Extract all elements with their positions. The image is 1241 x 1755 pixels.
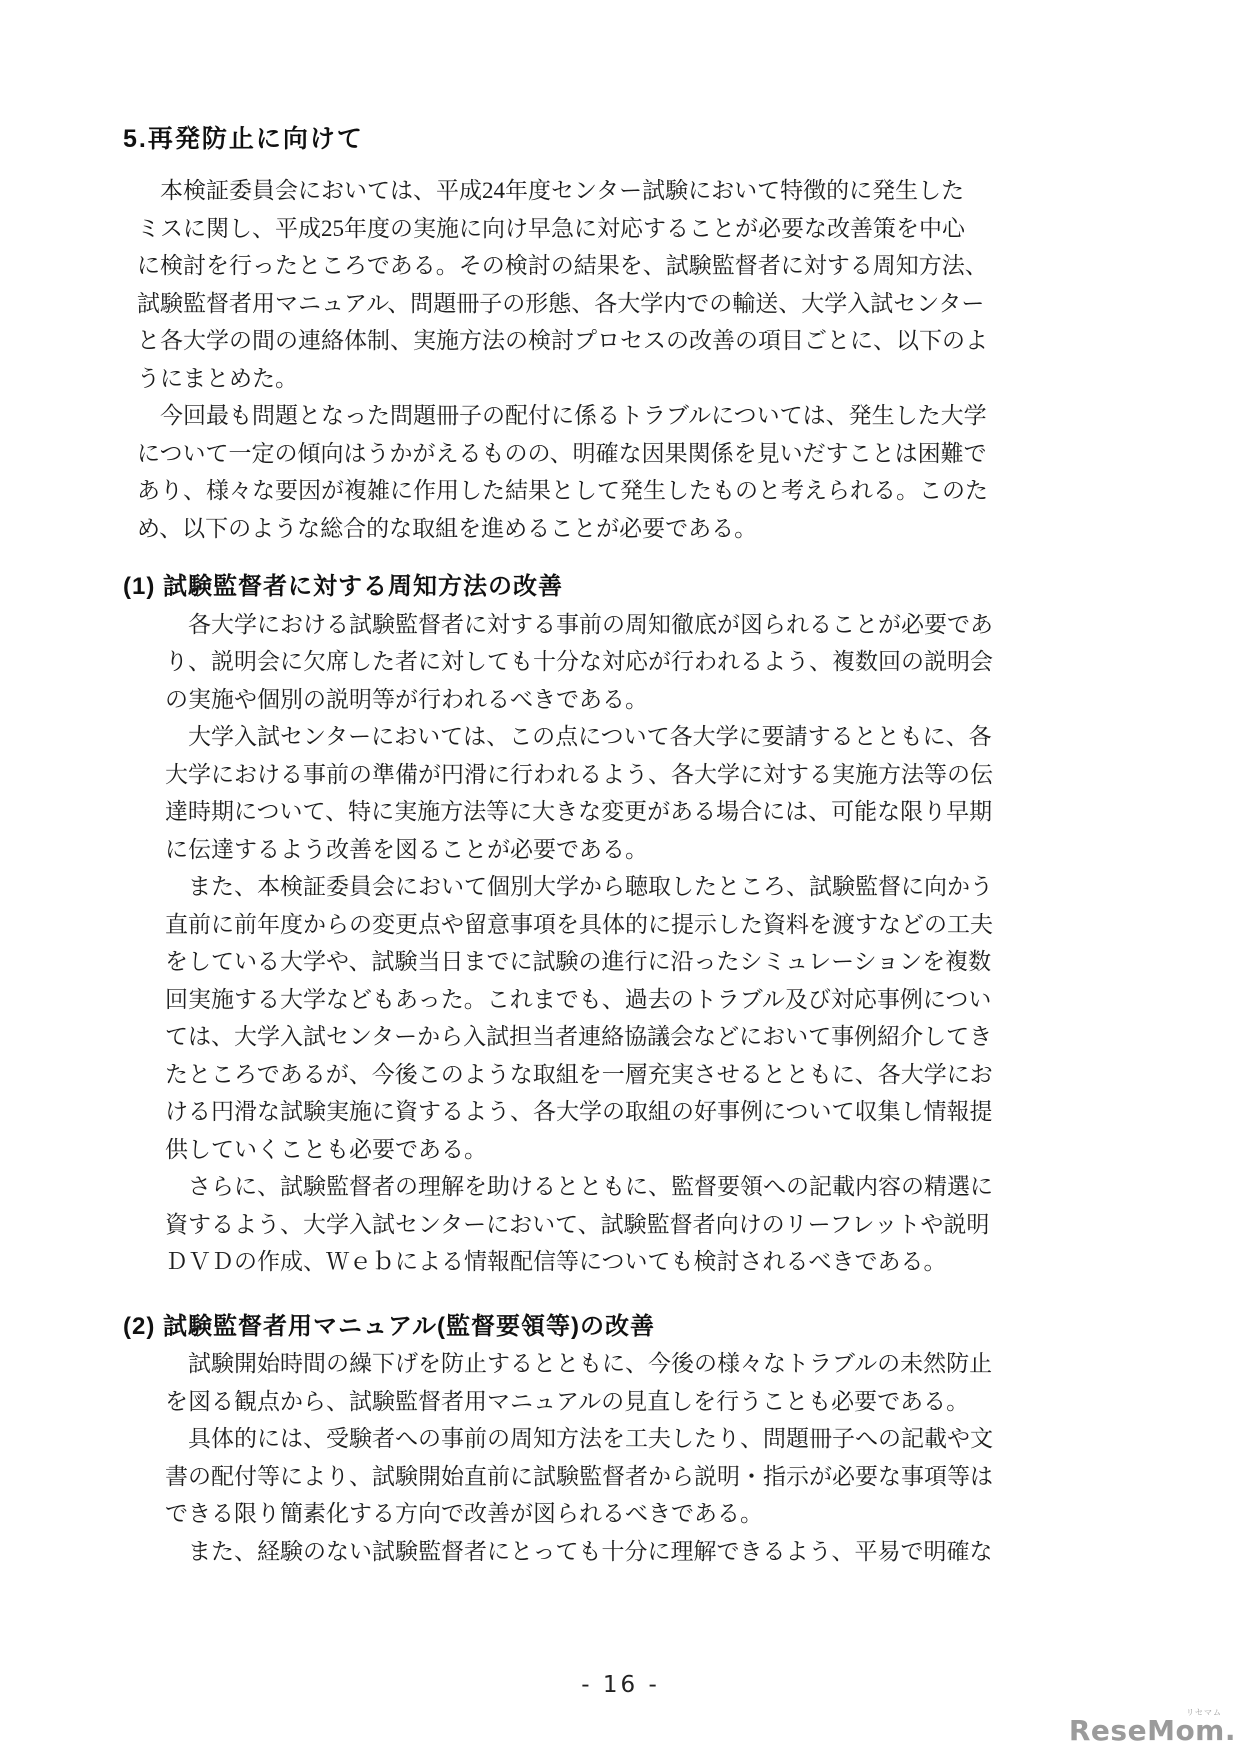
subsection-1-body: 各大学における試験監督者に対する事前の周知徹底が図られることが必要であり、説明会… [165, 606, 1043, 1281]
text-line: り、説明会に欠席した者に対しても十分な対応が行われるよう、複数回の説明会 [165, 643, 1043, 681]
subsection-2-paragraph-3: また、経験のない試験監督者にとっても十分に理解できるよう、平易で明確な [165, 1533, 1043, 1571]
text-line: 今回最も問題となった問題冊子の配付に係るトラブルについては、発生した大学 [137, 397, 1043, 435]
text-line: 試験開始時間の繰下げを防止するとともに、今後の様々なトラブルの未然防止 [165, 1345, 1043, 1383]
text-line: たところであるが、今後このような取組を一層充実させるとともに、各大学にお [165, 1056, 1043, 1094]
text-line: に検討を行ったところである。その検討の結果を、試験監督者に対する周知方法、 [137, 247, 1043, 285]
subsection-2: (2) 試験監督者用マニュアル(監督要領等)の改善 試験開始時間の繰下げを防止す… [123, 1308, 1043, 1571]
text-line: 大学入試センターにおいては、この点について各大学に要請するとともに、各 [165, 718, 1043, 756]
text-line: さらに、試験監督者の理解を助けるとともに、監督要領への記載内容の精選に [165, 1168, 1043, 1206]
subsection-1-paragraph-1: 各大学における試験監督者に対する事前の周知徹底が図られることが必要であり、説明会… [165, 606, 1043, 719]
text-line: また、経験のない試験監督者にとっても十分に理解できるよう、平易で明確な [165, 1533, 1043, 1571]
text-line: 直前に前年度からの変更点や留意事項を具体的に提示した資料を渡すなどの工夫 [165, 906, 1043, 944]
text-line: 試験監督者用マニュアル、問題冊子の形態、各大学内での輸送、大学入試センター [137, 285, 1043, 323]
intro-paragraph-1: 本検証委員会においては、平成24年度センター試験において特徴的に発生したミスに関… [137, 172, 1043, 397]
text-line: あり、様々な要因が複雑に作用した結果として発生したものと考えられる。このた [137, 472, 1043, 510]
text-line: 各大学における試験監督者に対する事前の周知徹底が図られることが必要であ [165, 606, 1043, 644]
subsection-1-paragraph-4: さらに、試験監督者の理解を助けるとともに、監督要領への記載内容の精選に資するよう… [165, 1168, 1043, 1281]
intro-paragraph-2: 今回最も問題となった問題冊子の配付に係るトラブルについては、発生した大学について… [137, 397, 1043, 547]
text-line: うにまとめた。 [137, 360, 1043, 398]
resemom-logo-text: ReseMom. [1069, 1714, 1236, 1747]
text-line: 資するよう、大学入試センターにおいて、試験監督者向けのリーフレットや説明 [165, 1206, 1043, 1244]
resemom-watermark: リセマム ReseMom. [1069, 1714, 1236, 1747]
text-line: と各大学の間の連絡体制、実施方法の検討プロセスの改善の項目ごとに、以下のよ [137, 322, 1043, 360]
text-line: をしている大学や、試験当日までに試験の進行に沿ったシミュレーションを複数 [165, 943, 1043, 981]
text-line: め、以下のような総合的な取組を進めることが必要である。 [137, 510, 1043, 548]
subsection-1-paragraph-3: また、本検証委員会において個別大学から聴取したところ、試験監督に向かう直前に前年… [165, 868, 1043, 1168]
text-line: の実施や個別の説明等が行われるべきである。 [165, 681, 1043, 719]
text-line: 具体的には、受験者への事前の周知方法を工夫したり、問題冊子への記載や文 [165, 1420, 1043, 1458]
text-line: ける円滑な試験実施に資するよう、各大学の取組の好事例について収集し情報提 [165, 1093, 1043, 1131]
subsection-2-body: 試験開始時間の繰下げを防止するとともに、今後の様々なトラブルの未然防止を図る観点… [165, 1345, 1043, 1570]
text-line: に伝達するよう改善を図ることが必要である。 [165, 831, 1043, 869]
section-5-heading: 5.再発防止に向けて [123, 124, 1043, 154]
text-line: 達時期について、特に実施方法等に大きな変更がある場合には、可能な限り早期 [165, 793, 1043, 831]
text-line: ＤＶＤの作成、Ｗｅｂによる情報配信等についても検討されるべきである。 [165, 1243, 1043, 1281]
subsection-1-heading: (1) 試験監督者に対する周知方法の改善 [123, 568, 1043, 606]
text-line: 供していくことも必要である。 [165, 1131, 1043, 1169]
text-line: できる限り簡素化する方向で改善が図られるべきである。 [165, 1495, 1043, 1533]
text-line: 書の配付等により、試験開始直前に試験監督者から説明・指示が必要な事項等は [165, 1458, 1043, 1496]
text-line: 大学における事前の準備が円滑に行われるよう、各大学に対する実施方法等の伝 [165, 756, 1043, 794]
subsection-1-paragraph-2: 大学入試センターにおいては、この点について各大学に要請するとともに、各大学におけ… [165, 718, 1043, 868]
text-line: について一定の傾向はうかがえるものの、明確な因果関係を見いだすことは困難で [137, 435, 1043, 473]
page-number: - 16 - [0, 1672, 1241, 1698]
subsection-2-paragraph-2: 具体的には、受験者への事前の周知方法を工夫したり、問題冊子への記載や文書の配付等… [165, 1420, 1043, 1533]
text-line: ミスに関し、平成25年度の実施に向け早急に対応することが必要な改善策を中心 [137, 210, 1043, 248]
subsection-1: (1) 試験監督者に対する周知方法の改善 各大学における試験監督者に対する事前の… [123, 568, 1043, 1281]
text-line: ては、大学入試センターから入試担当者連絡協議会などにおいて事例紹介してき [165, 1018, 1043, 1056]
text-line: 本検証委員会においては、平成24年度センター試験において特徴的に発生した [137, 172, 1043, 210]
document-page: 5.再発防止に向けて 本検証委員会においては、平成24年度センター試験において特… [123, 124, 1043, 1570]
subsection-2-paragraph-1: 試験開始時間の繰下げを防止するとともに、今後の様々なトラブルの未然防止を図る観点… [165, 1345, 1043, 1420]
intro-block: 本検証委員会においては、平成24年度センター試験において特徴的に発生したミスに関… [137, 172, 1043, 547]
watermark-ruby-text: リセマム [1186, 1707, 1222, 1718]
text-line: 回実施する大学などもあった。これまでも、過去のトラブル及び対応事例につい [165, 981, 1043, 1019]
text-line: を図る観点から、試験監督者用マニュアルの見直しを行うことも必要である。 [165, 1383, 1043, 1421]
text-line: また、本検証委員会において個別大学から聴取したところ、試験監督に向かう [165, 868, 1043, 906]
subsection-2-heading: (2) 試験監督者用マニュアル(監督要領等)の改善 [123, 1308, 1043, 1346]
